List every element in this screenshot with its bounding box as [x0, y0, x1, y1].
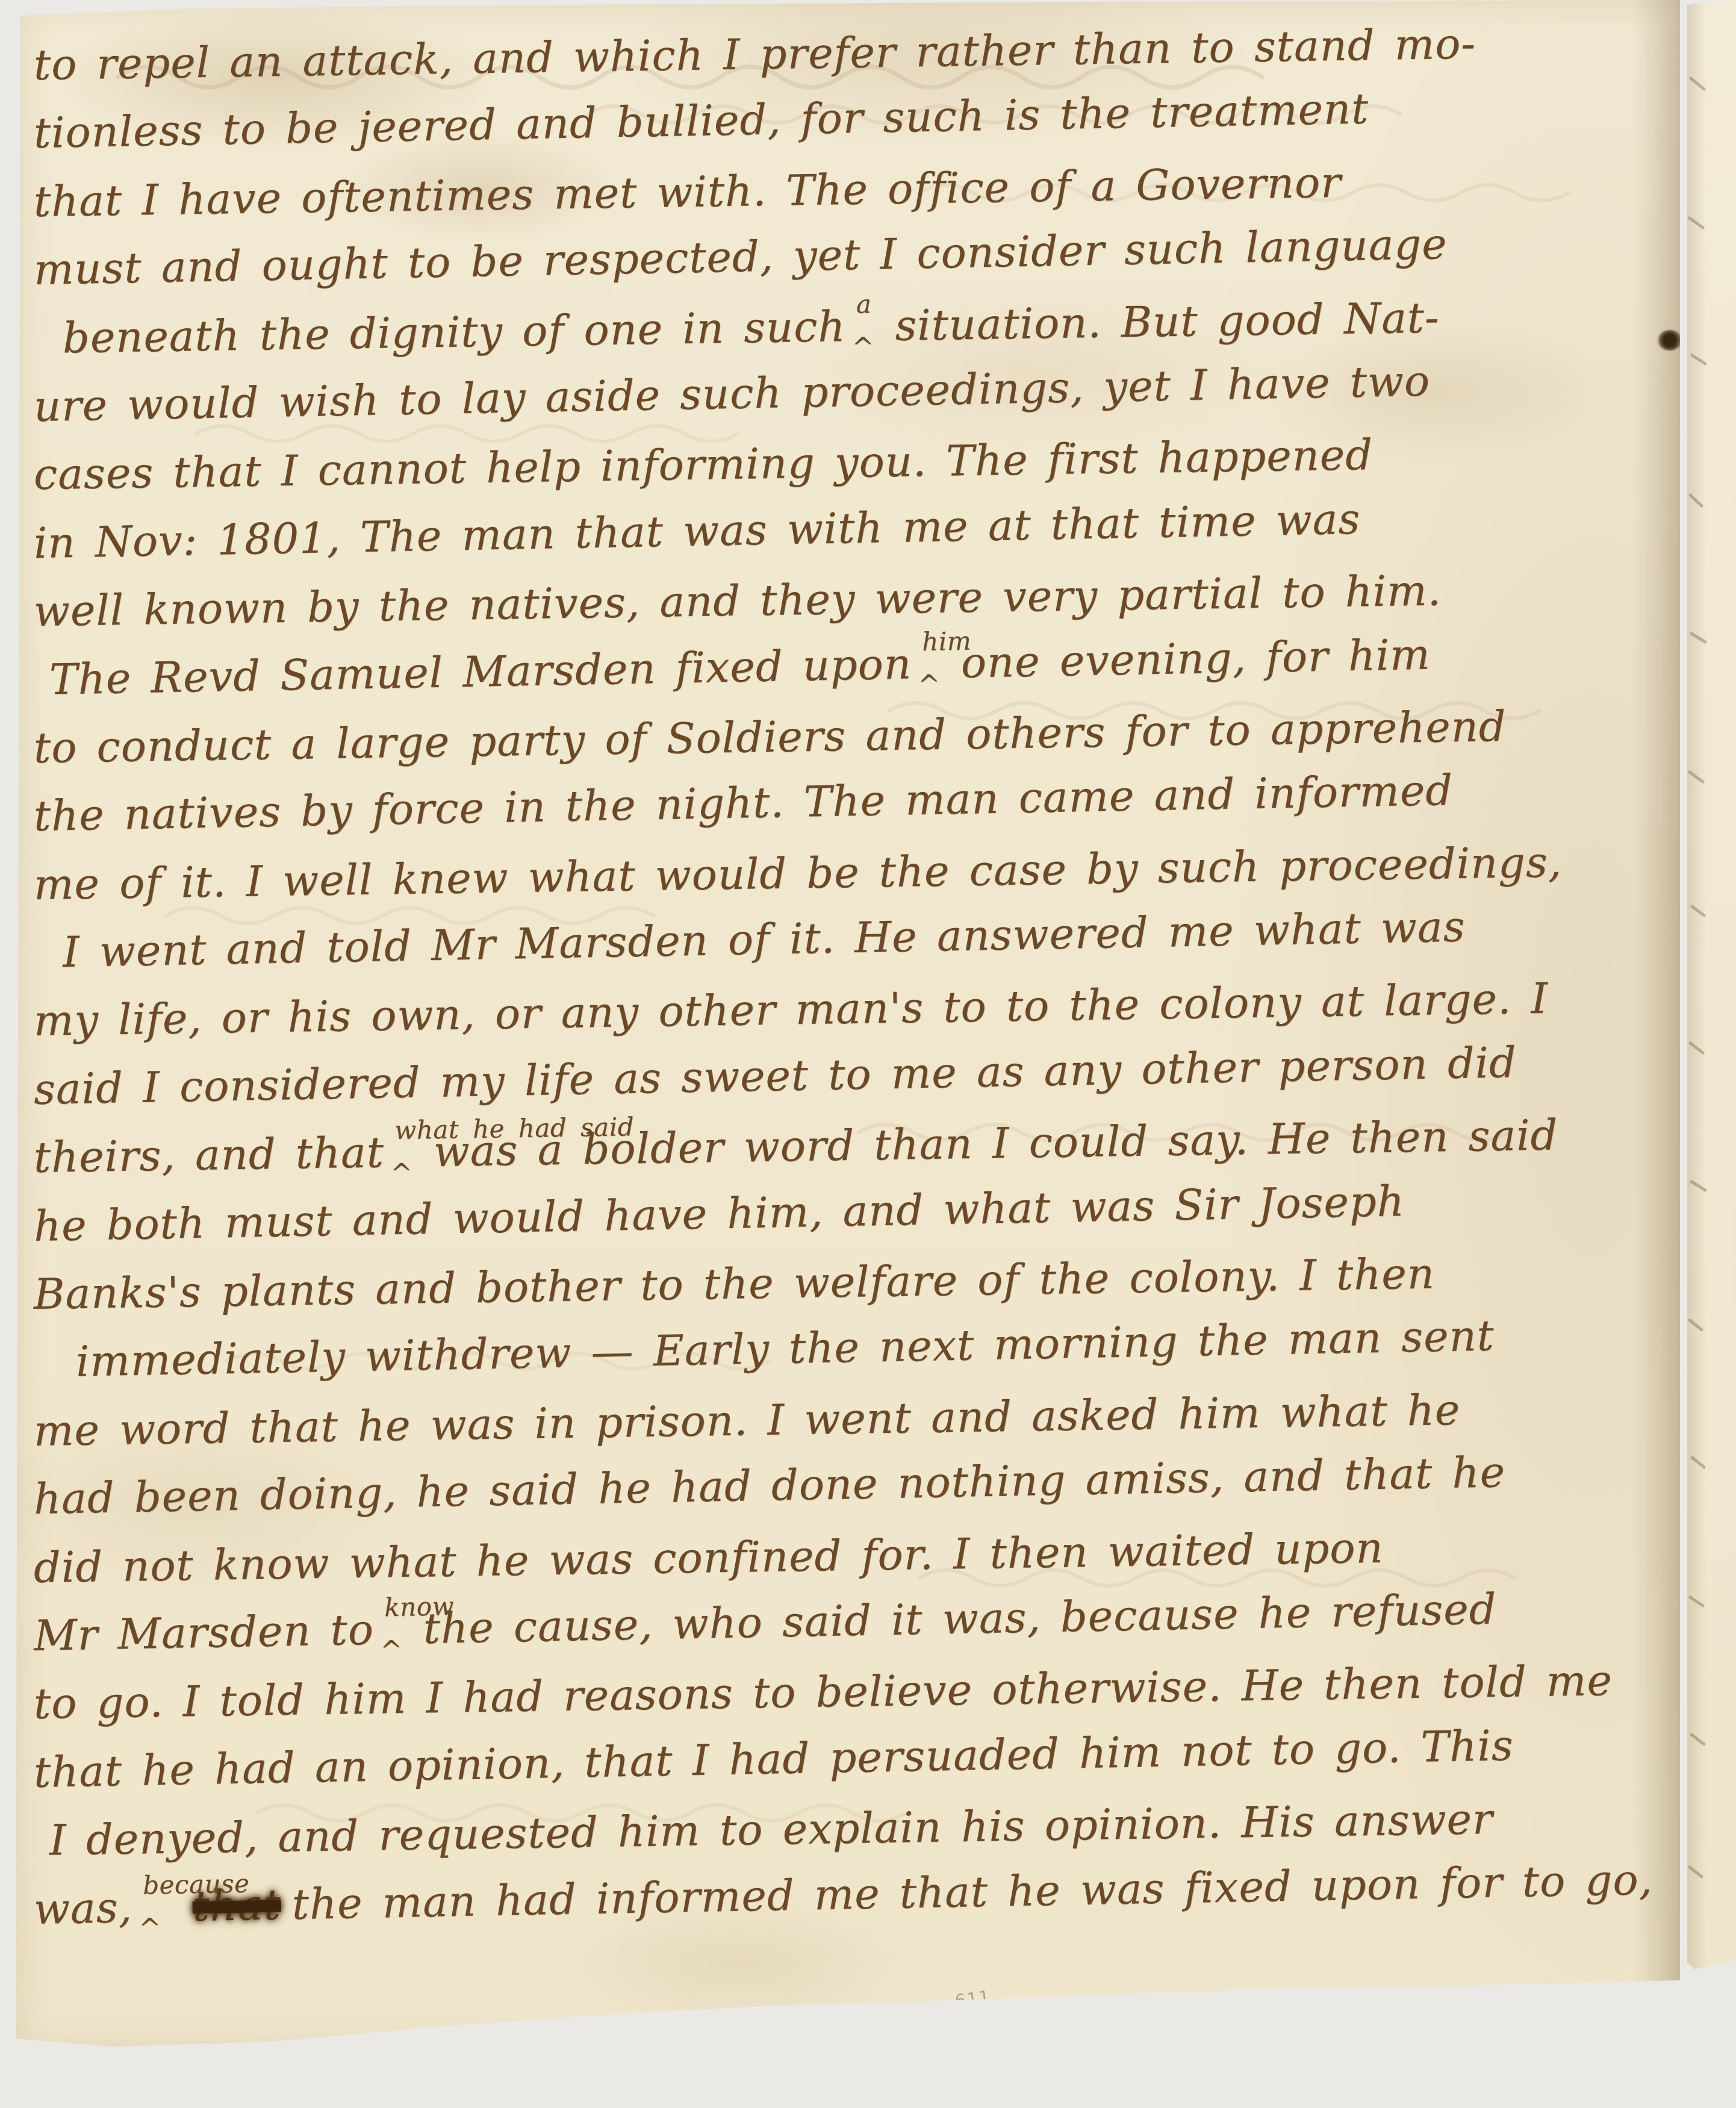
line-text: one evening, for him [960, 629, 1431, 687]
line-text: the cause, who said it was, because he r… [423, 1584, 1497, 1653]
line-text: was, [33, 1883, 132, 1934]
pencil-annotation: 611 [954, 1986, 992, 2011]
line-text: The Revd Samuel Marsden fixed upon [49, 639, 912, 704]
line-text: beneath the dignity of one in such [62, 302, 846, 363]
line-text: theirs, and that [33, 1128, 384, 1183]
adjacent-page-ink-marks [1687, 0, 1736, 1982]
line-text: Mr Marsden to [33, 1605, 374, 1661]
manuscript-scan: to repel an attack, and which I prefer r… [0, 0, 1736, 2108]
caret-mark: ^ [138, 1894, 139, 1962]
adjacent-page-edge [1687, 0, 1736, 1982]
line-text: situation. But good Nat- [895, 293, 1440, 350]
letter-body: to repel an attack, and which I prefer r… [34, 31, 1672, 1944]
ink-blot [1657, 330, 1682, 351]
letter-page: to repel an attack, and which I prefer r… [16, 0, 1680, 2053]
line-text: tionless to be jeered and bullied, for s… [33, 84, 1369, 158]
